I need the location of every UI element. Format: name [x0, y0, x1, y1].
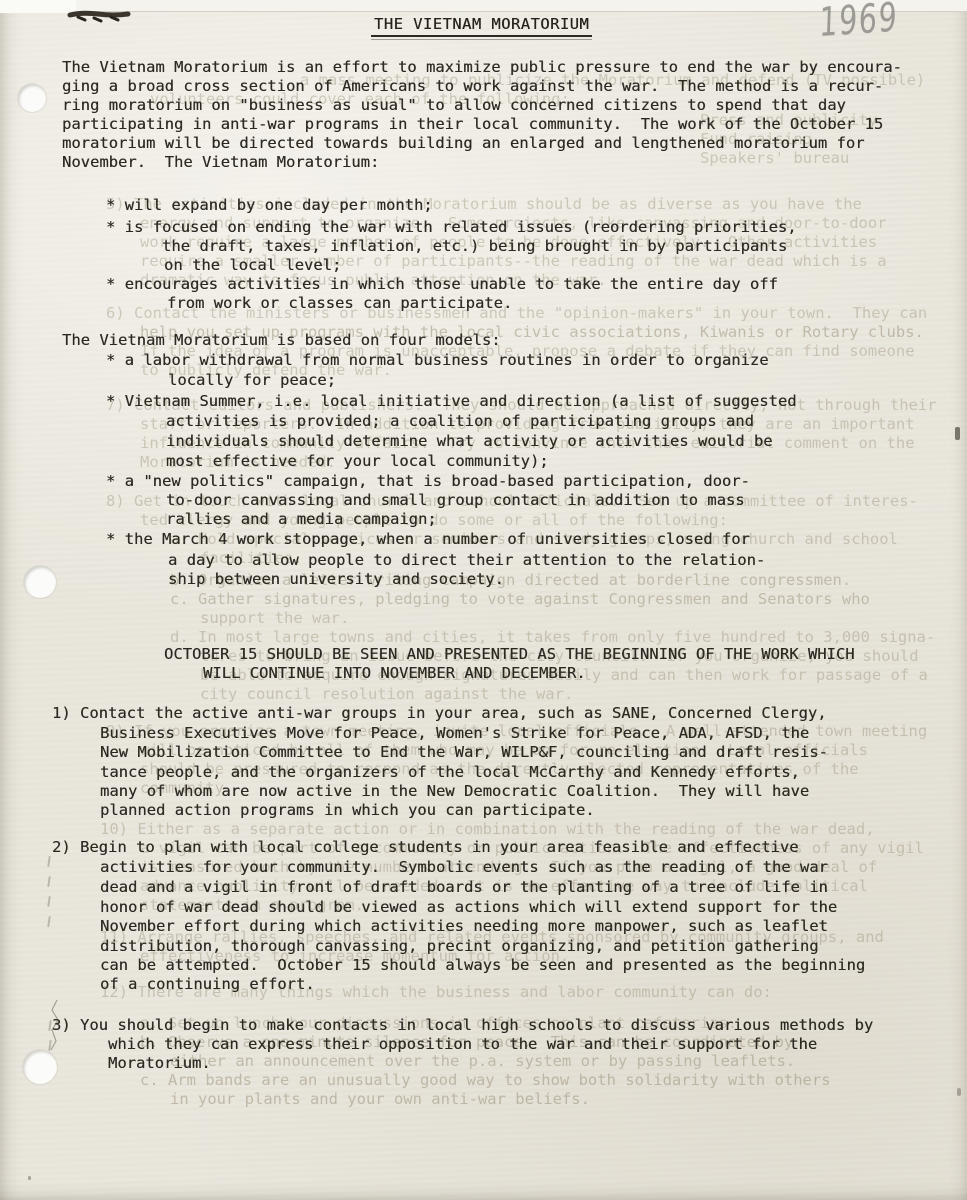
typed-line: rallies and a media campaign;: [166, 510, 437, 529]
hole-punch: [24, 566, 56, 598]
typed-line: tance people, and the organizers of the …: [100, 763, 800, 782]
document-title: THE VIETNAM MORATORIUM: [371, 15, 592, 37]
typed-line: * will expand by one day per month;: [106, 196, 433, 215]
typed-line: activities is provided; a coalition of p…: [166, 412, 754, 431]
pen-tick-mark: [47, 876, 51, 887]
typed-line: ship between university and society.: [168, 570, 504, 589]
bleedthrough-line: in your plants and your own anti-war bel…: [170, 1090, 590, 1109]
typed-line: moratorium will be directed towards buil…: [62, 134, 865, 153]
scanned-document-page: 1969 THE VIETNAM MORATORIUM a mass meeti…: [0, 0, 967, 1200]
typed-line: 2) Begin to plan with local college stud…: [52, 838, 799, 857]
bleedthrough-line: 10) Either as a separate action or in co…: [100, 820, 875, 839]
typed-line: OCTOBER 15 SHOULD BE SEEN AND PRESENTED …: [164, 645, 855, 664]
typed-line: of a continuing effort.: [100, 975, 315, 994]
pen-tick-mark: [47, 896, 51, 907]
bleedthrough-line: either an announcement over the p.a. sys…: [170, 1052, 795, 1071]
typed-line: honor of war dead should be viewed as ac…: [100, 898, 837, 917]
typed-line: Business Executives Move for Peace, Wome…: [100, 724, 809, 743]
typed-line: participating in anti-war programs in th…: [62, 115, 883, 134]
typed-line: WILL CONTINUE INTO NOVEMBER AND DECEMBER…: [203, 664, 586, 683]
typed-line: ging a broad cross section of Americans …: [62, 77, 883, 96]
typed-line: The Vietnam Moratorium is an effort to m…: [62, 58, 902, 77]
edge-smudge-mark: [957, 1088, 961, 1096]
typed-line: * a labor withdrawal from normal busines…: [106, 351, 769, 370]
typed-line: November effort during which activities …: [100, 917, 828, 936]
typed-line: * encourages activities in which those u…: [106, 275, 778, 294]
scan-corner-highlight: [0, 0, 76, 13]
typed-line: The Vietnam Moratorium is based on four …: [62, 331, 501, 350]
hole-punch: [23, 1050, 57, 1084]
edge-smudge-mark: [28, 1176, 31, 1180]
bleedthrough-line: city council resolution against the war.: [200, 685, 573, 704]
typed-line: distribution, thorough canvassing, preci…: [100, 937, 819, 956]
typed-line: most effective for your local community)…: [166, 452, 549, 471]
typed-line: on the local level;: [164, 256, 341, 275]
typed-line: which they can express their opposition …: [108, 1035, 817, 1054]
typed-line: Moratorium.: [108, 1054, 211, 1073]
typed-line: * a "new politics" campaign, that is bro…: [106, 472, 750, 491]
typed-line: 1) Contact the active anti-war groups in…: [52, 704, 827, 723]
pen-tick-mark: [47, 916, 51, 927]
bleedthrough-line: c. Gather signatures, pledging to vote a…: [170, 590, 870, 609]
typed-line: dead and a vigil in front of draft board…: [100, 878, 828, 897]
staple-mark: [66, 9, 132, 27]
typed-line: New Mobilization Committee to End the Wa…: [100, 743, 828, 762]
typed-line: can be attempted. October 15 should alwa…: [100, 956, 865, 975]
typed-line: November. The Vietnam Moratorium:: [62, 153, 379, 172]
pen-tick-mark: [47, 856, 51, 867]
bleedthrough-line: support the war.: [200, 609, 349, 628]
typed-line: planned action programs in which you can…: [100, 801, 595, 820]
bleedthrough-line: c. Arm bands are an unusually good way t…: [140, 1071, 831, 1090]
typed-line: the draft, taxes, inflation, etc.) being…: [162, 237, 787, 256]
typed-line: * the March 4 work stoppage, when a numb…: [106, 530, 750, 549]
typed-line: 3) You should begin to make contacts in …: [52, 1016, 873, 1035]
hole-punch: [18, 84, 46, 112]
typed-line: locally for peace;: [168, 371, 336, 390]
edge-smudge-mark: [955, 427, 960, 440]
typed-line: activities for your community. Symbolic …: [100, 858, 828, 877]
typed-line: a day to allow people to direct their at…: [168, 551, 765, 570]
typed-line: individuals should determine what activi…: [166, 432, 773, 451]
typed-line: many of whom are now active in the New D…: [100, 782, 809, 801]
handwritten-year-annotation: 1969: [819, 0, 899, 46]
typed-line: to-door canvassing and small group conta…: [166, 491, 745, 510]
typed-line: * Vietnam Summer, i.e. local initiative …: [106, 392, 797, 411]
typed-line: ring moratorium on "business as usual" t…: [62, 96, 846, 115]
typed-line: from work or classes can participate.: [167, 294, 512, 313]
typed-line: * is focused on ending the war with rela…: [106, 218, 797, 237]
